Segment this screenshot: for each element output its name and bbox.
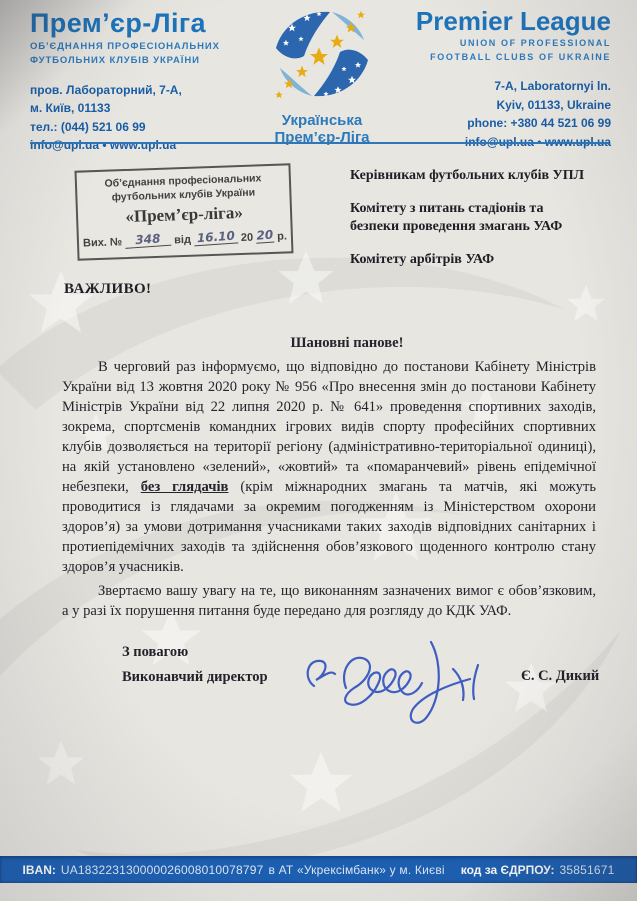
header-divider-rule — [30, 142, 609, 144]
org-title-en: Premier League — [361, 8, 611, 34]
recipient: Керівникам футбольних клубів УПЛ — [350, 167, 616, 185]
signature-closing: З повагою — [122, 644, 188, 661]
no-spectators-emphasis: без глядачів — [141, 479, 229, 495]
paragraph-1: В черговий раз інформуємо, що відповідно… — [62, 357, 596, 577]
paragraph-2: Звертаємо вашу увагу на те, що виконання… — [62, 581, 596, 621]
important-note: ВАЖЛИВО! — [64, 281, 151, 298]
iban-value: UA183223130000026008010078797 — [61, 863, 264, 877]
iban-label: IBAN: — [23, 863, 56, 877]
handwritten-year: 20 — [256, 229, 275, 244]
phone-line: phone: +380 44 521 06 99 — [361, 114, 611, 133]
letterhead-ua: Прем’єр-Ліга ОБ’ЄДНАННЯ ПРОФЕСІОНАЛЬНИХ … — [30, 10, 262, 155]
address-line: тел.: (044) 521 06 99 — [30, 118, 262, 137]
email-website-line: info@upl.ua • www.upl.ua — [30, 136, 262, 155]
recipient: Комітету з питань стадіонів та безпеки п… — [350, 200, 616, 236]
handwritten-date: 16.10 — [193, 230, 238, 247]
org-title-ua: Прем’єр-Ліга — [30, 10, 262, 37]
handwritten-ref-number: 348 — [125, 232, 172, 249]
address-line: 7-A, Laboratornyi ln. — [361, 77, 611, 96]
scanned-letter-page: Прем’єр-Ліга ОБ’ЄДНАННЯ ПРОФЕСІОНАЛЬНИХ … — [0, 0, 637, 901]
stamp-ref-row: Вих. № 348 від 16.10 2020р. — [85, 229, 285, 250]
signer-title: Виконавчий директор — [122, 669, 268, 686]
org-subtitle-en: UNION OF PROFESSIONAL FOOTBALL CLUBS OF … — [361, 37, 611, 64]
org-subtitle-ua: ОБ’ЄДНАННЯ ПРОФЕСІОНАЛЬНИХ ФУТБОЛЬНИХ КЛ… — [30, 40, 262, 68]
outgoing-number-stamp: Об’єднання професіональних футбольних кл… — [74, 163, 293, 261]
salutation: Шановні панове! — [62, 333, 596, 353]
address-line: пров. Лабораторний, 7-А, — [30, 81, 262, 100]
signature-ink — [298, 628, 498, 733]
address-en: 7-A, Laboratornyi ln. Kyiv, 01133, Ukrai… — [361, 77, 611, 151]
edrpou-label: код за ЄДРПОУ: — [461, 863, 555, 877]
bank-details-bar: IBAN: UA183223130000026008010078797 в АТ… — [0, 856, 637, 883]
recipients-block: Керівникам футбольних клубів УПЛ Комітет… — [350, 167, 616, 284]
address-line: Kyiv, 01133, Ukraine — [361, 96, 611, 115]
edrpou-value: 35851671 — [559, 863, 614, 877]
address-line: м. Київ, 01133 — [30, 99, 262, 118]
recipient: Комітету арбітрів УАФ — [350, 251, 616, 269]
letter-body: Шановні панове! В черговий раз інформуєм… — [62, 333, 596, 621]
stamp-org-name: «Прем’єр-ліга» — [84, 202, 285, 229]
signer-name: Є. С. Дикий — [521, 668, 599, 685]
bank-name: в АТ «Укрексімбанк» у м. Києві — [269, 863, 445, 877]
letterhead-en: Premier League UNION OF PROFESSIONAL FOO… — [361, 8, 611, 151]
